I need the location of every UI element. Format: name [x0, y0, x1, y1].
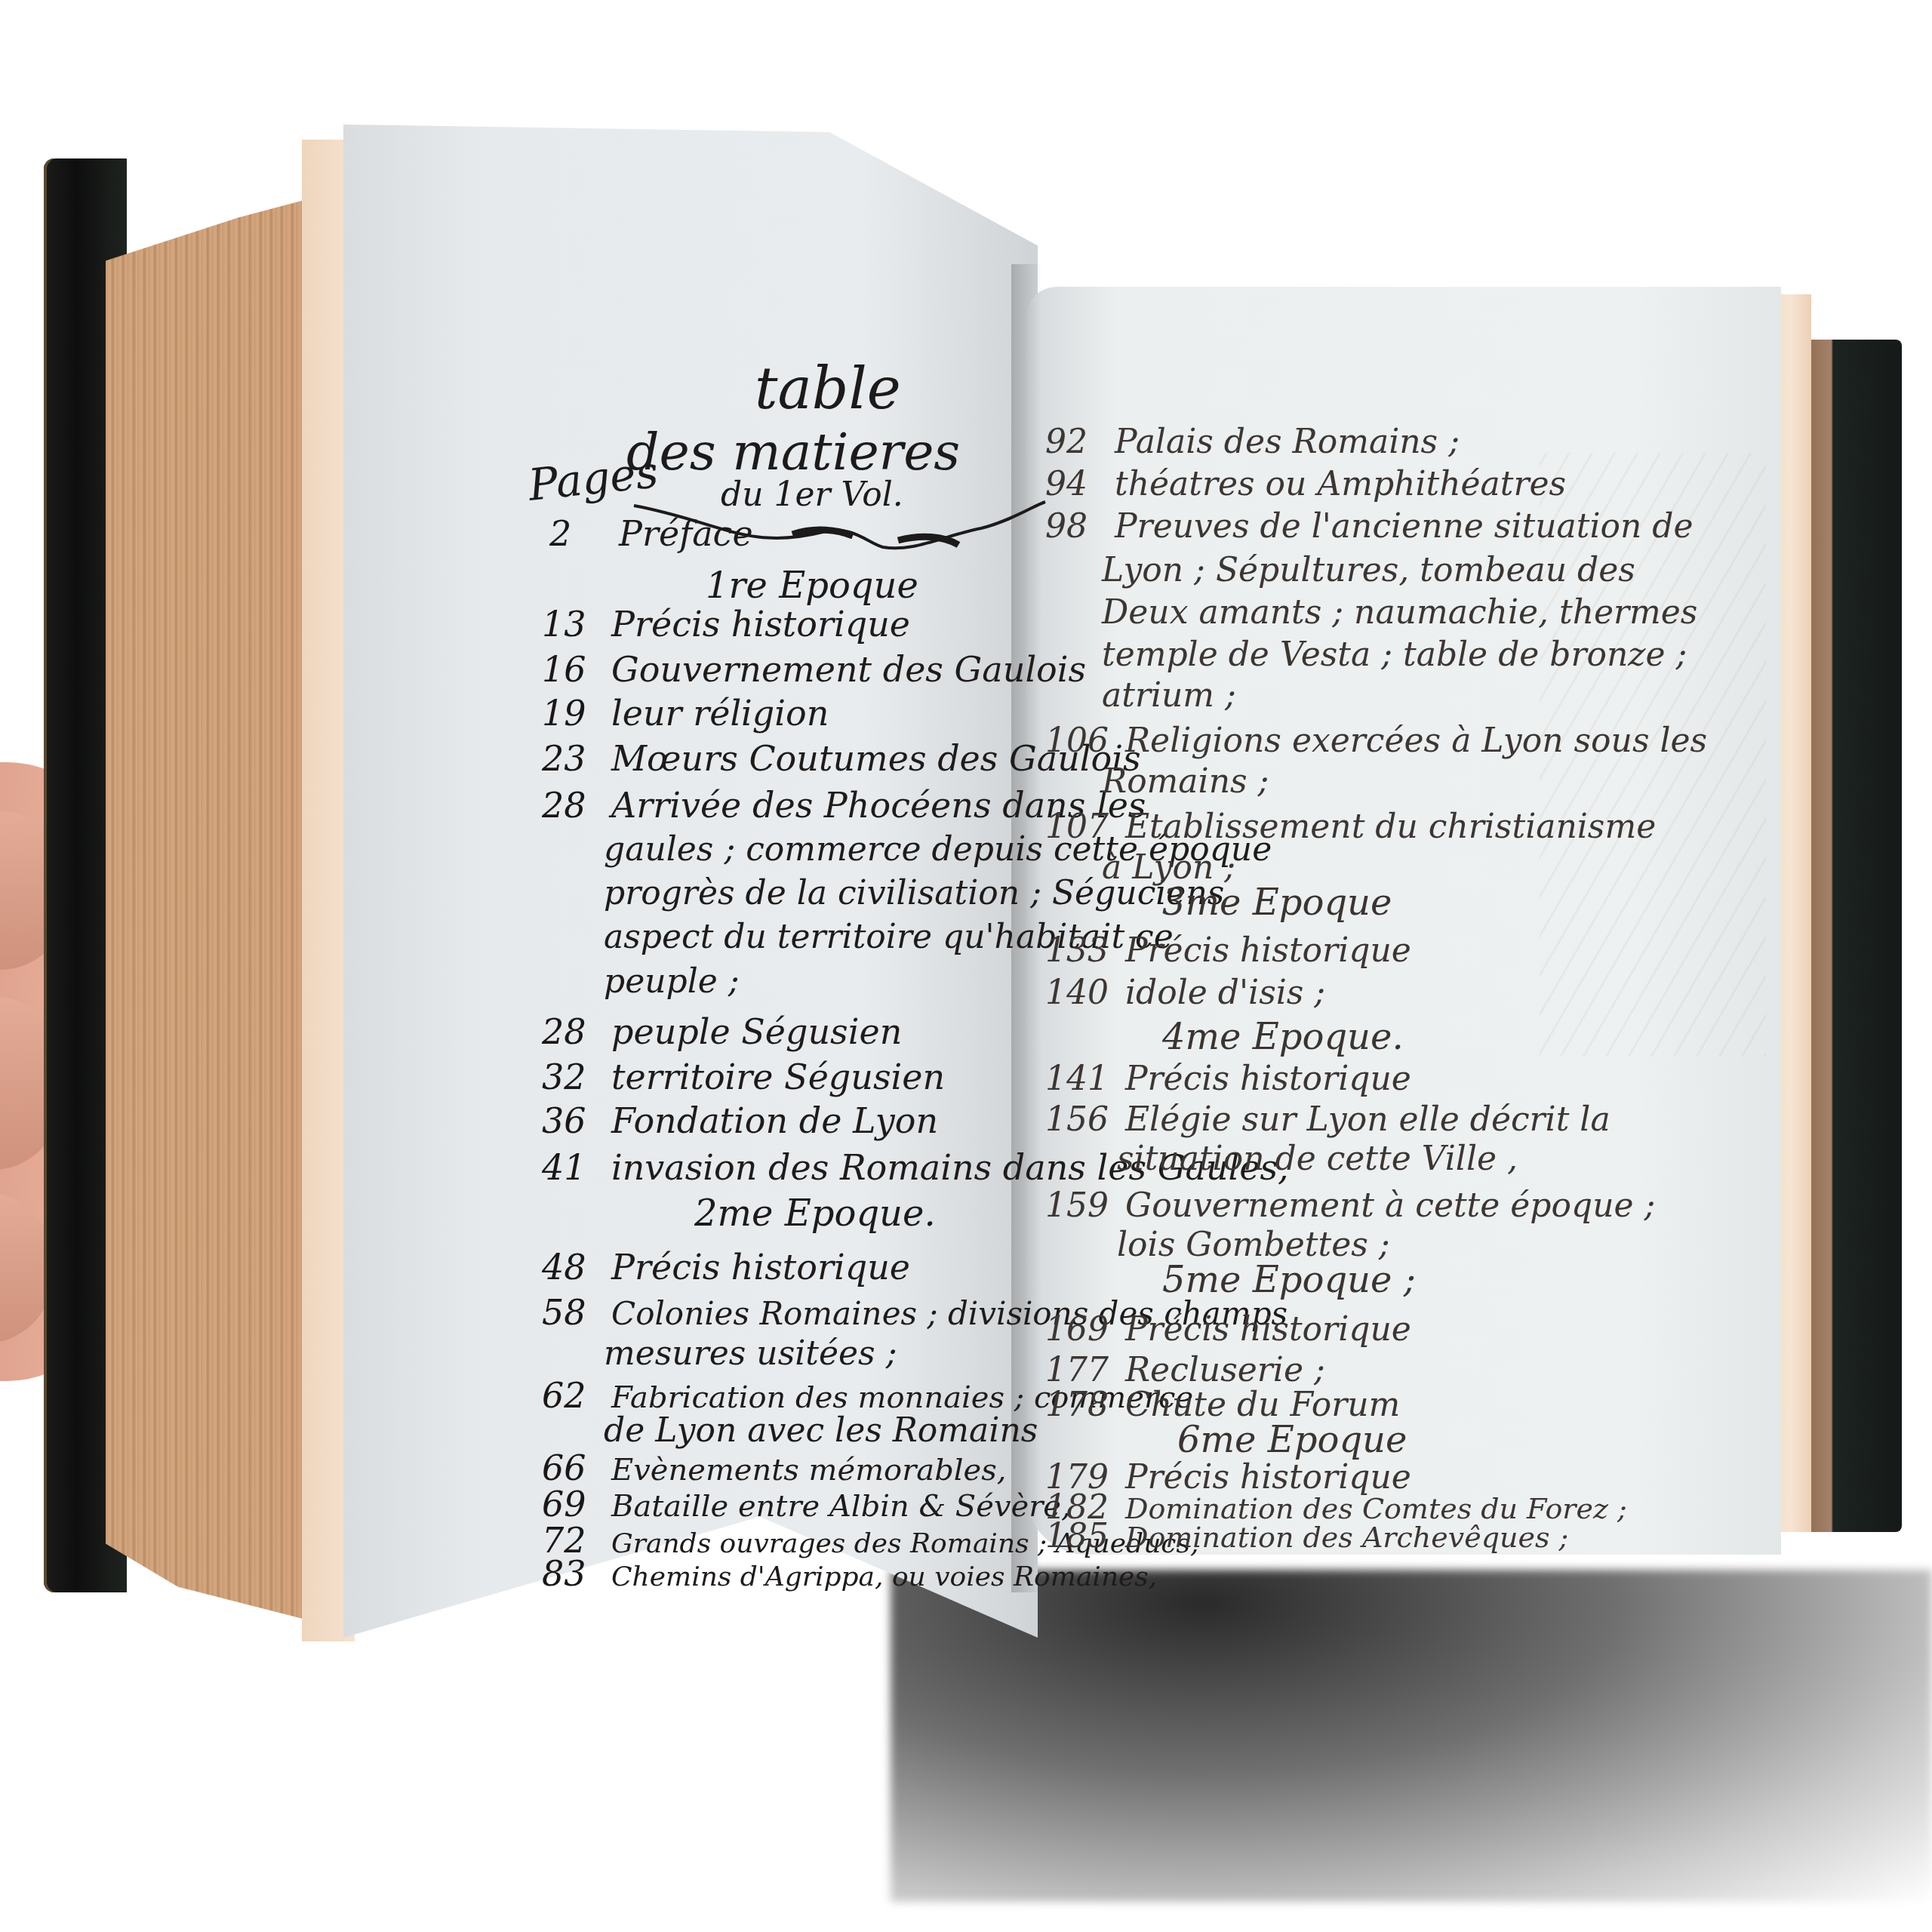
toc-entry: 48 Précis historique [542, 1247, 910, 1287]
toc-entry-continuation: Romains ; [1102, 762, 1269, 801]
epoch-heading: 4me Epoque. [1162, 1016, 1404, 1058]
epoch-heading: 5me Epoque ; [1162, 1259, 1416, 1301]
toc-entry: 156 Elégie sur Lyon elle décrit la [1045, 1100, 1611, 1139]
back-cover-edge [1804, 340, 1902, 1532]
toc-entry: 19 leur réligion [542, 693, 829, 734]
toc-entry-continuation: situation de cette Ville , [1117, 1140, 1518, 1178]
toc-entry: 36 Fondation de Lyon [542, 1100, 938, 1141]
toc-entry: 107 Etablissement du christianisme [1045, 808, 1656, 846]
toc-title-line2: des matieres [626, 423, 960, 482]
toc-entry-continuation: Deux amants ; naumachie, thermes [1102, 593, 1697, 632]
toc-entry-continuation: atrium ; [1102, 676, 1236, 715]
toc-title-line1: table [755, 355, 901, 422]
toc-entry: 69 Bataille entre Albin & Sévère, [542, 1484, 1071, 1524]
book-shadow [891, 1570, 1932, 1902]
toc-entry: 159 Gouvernement à cette époque ; [1045, 1186, 1655, 1225]
toc-entry: 185 Domination des Archevêques ; [1045, 1517, 1568, 1555]
toc-entry: 140 idole d'isis ; [1045, 974, 1325, 1012]
epoch-heading: 6me Epoque [1177, 1419, 1407, 1461]
toc-entry-continuation: temple de Vesta ; table de bronze ; [1102, 635, 1687, 674]
toc-entry: 32 territoire Ségusien [542, 1057, 945, 1097]
toc-entry: 94 théatres ou Amphithéatres [1045, 465, 1566, 503]
epoch-heading: 3me Epoque [1162, 881, 1392, 924]
toc-entry: 13 Précis historique [542, 604, 910, 645]
toc-entry: 106 Religions exercées à Lyon sous les [1045, 721, 1707, 760]
toc-entry: 141 Précis historique [1045, 1060, 1411, 1098]
toc-entry: 2 Préface [549, 513, 753, 554]
toc-entry-continuation: de Lyon avec les Romains [604, 1411, 1038, 1450]
toc-entry: 66 Evènements mémorables, [542, 1447, 1006, 1488]
toc-entry: 28 peuple Ségusien [542, 1011, 902, 1052]
toc-entry-continuation: mesures usitées ; [604, 1334, 897, 1373]
toc-entry-continuation: Lyon ; Sépultures, tombeau des [1102, 551, 1635, 589]
toc-entry: 16 Gouvernement des Gaulois [542, 649, 1086, 690]
toc-entry: 169 Précis historique [1045, 1310, 1411, 1349]
toc-entry: 98 Preuves de l'ancienne situation de [1045, 507, 1694, 546]
epoch-heading: 1re Epoque [706, 565, 918, 607]
toc-entry-continuation: peuple ; [604, 962, 740, 1001]
toc-entry: 177 Recluserie ; [1045, 1351, 1325, 1389]
toc-entry: 83 Chemins d'Agrippa, ou voies Romaines, [542, 1553, 1157, 1594]
toc-entry: 133 Précis historique [1045, 931, 1411, 970]
epoch-heading: 2me Epoque. [694, 1192, 936, 1235]
toc-entry: 92 Palais des Romains ; [1045, 423, 1460, 461]
